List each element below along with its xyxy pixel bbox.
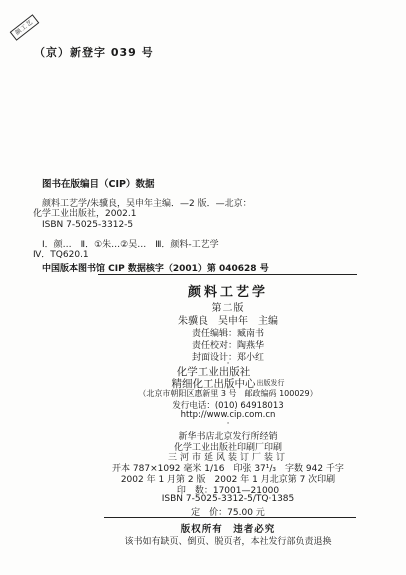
divider-rule-top xyxy=(98,274,357,275)
divider-rule-bottom xyxy=(104,517,356,518)
publisher-name: 化学工业出版社 xyxy=(177,366,251,378)
isbn-full-line: ISBN 7-5025-3312-5/TQ·1385 xyxy=(50,494,406,504)
library-stamp-text: 颜工艺 xyxy=(14,18,35,36)
book-title: 颜料工艺学 xyxy=(50,281,406,300)
copyright-page: 颜工艺 （京）新登字 039 号 图书在版编目（CIP）数据 颜料工艺学/朱骥良… xyxy=(0,0,406,575)
cip-isbn: ISBN 7-5025-3312-5 xyxy=(42,220,133,230)
issue-label: 出版发行 xyxy=(257,378,285,388)
copyright-statement: 版权所有 违者必究 xyxy=(50,521,406,535)
cip-entry-line2: 化学工业出版社，2002.1 xyxy=(33,206,137,219)
library-stamp: 颜工艺 xyxy=(10,14,40,41)
publisher-address: （北京市朝阳区惠新里 3 号 邮政编码 100029） xyxy=(50,388,406,399)
cip-record-number: 中国版本图书馆 CIP 数据核字（2001）第 040628 号 xyxy=(42,261,269,274)
publisher-group: 化学工业出版社 精细化工出版中心 出版发行 xyxy=(50,366,406,390)
editors-line: 朱骥良 吴申年 主编 xyxy=(50,312,406,327)
separator-dot-2: · xyxy=(50,419,406,429)
publisher-lines: 化学工业出版社 精细化工出版中心 xyxy=(172,366,256,390)
registration-number: （京）新登字 039 号 xyxy=(34,44,154,60)
cip-heading: 图书在版编目（CIP）数据 xyxy=(42,176,154,190)
return-notice: 该书如有缺页、倒页、脱页者，本社发行部负责退换 xyxy=(50,534,406,547)
cip-classification-2: Ⅳ．TQ620.1 xyxy=(33,247,89,260)
